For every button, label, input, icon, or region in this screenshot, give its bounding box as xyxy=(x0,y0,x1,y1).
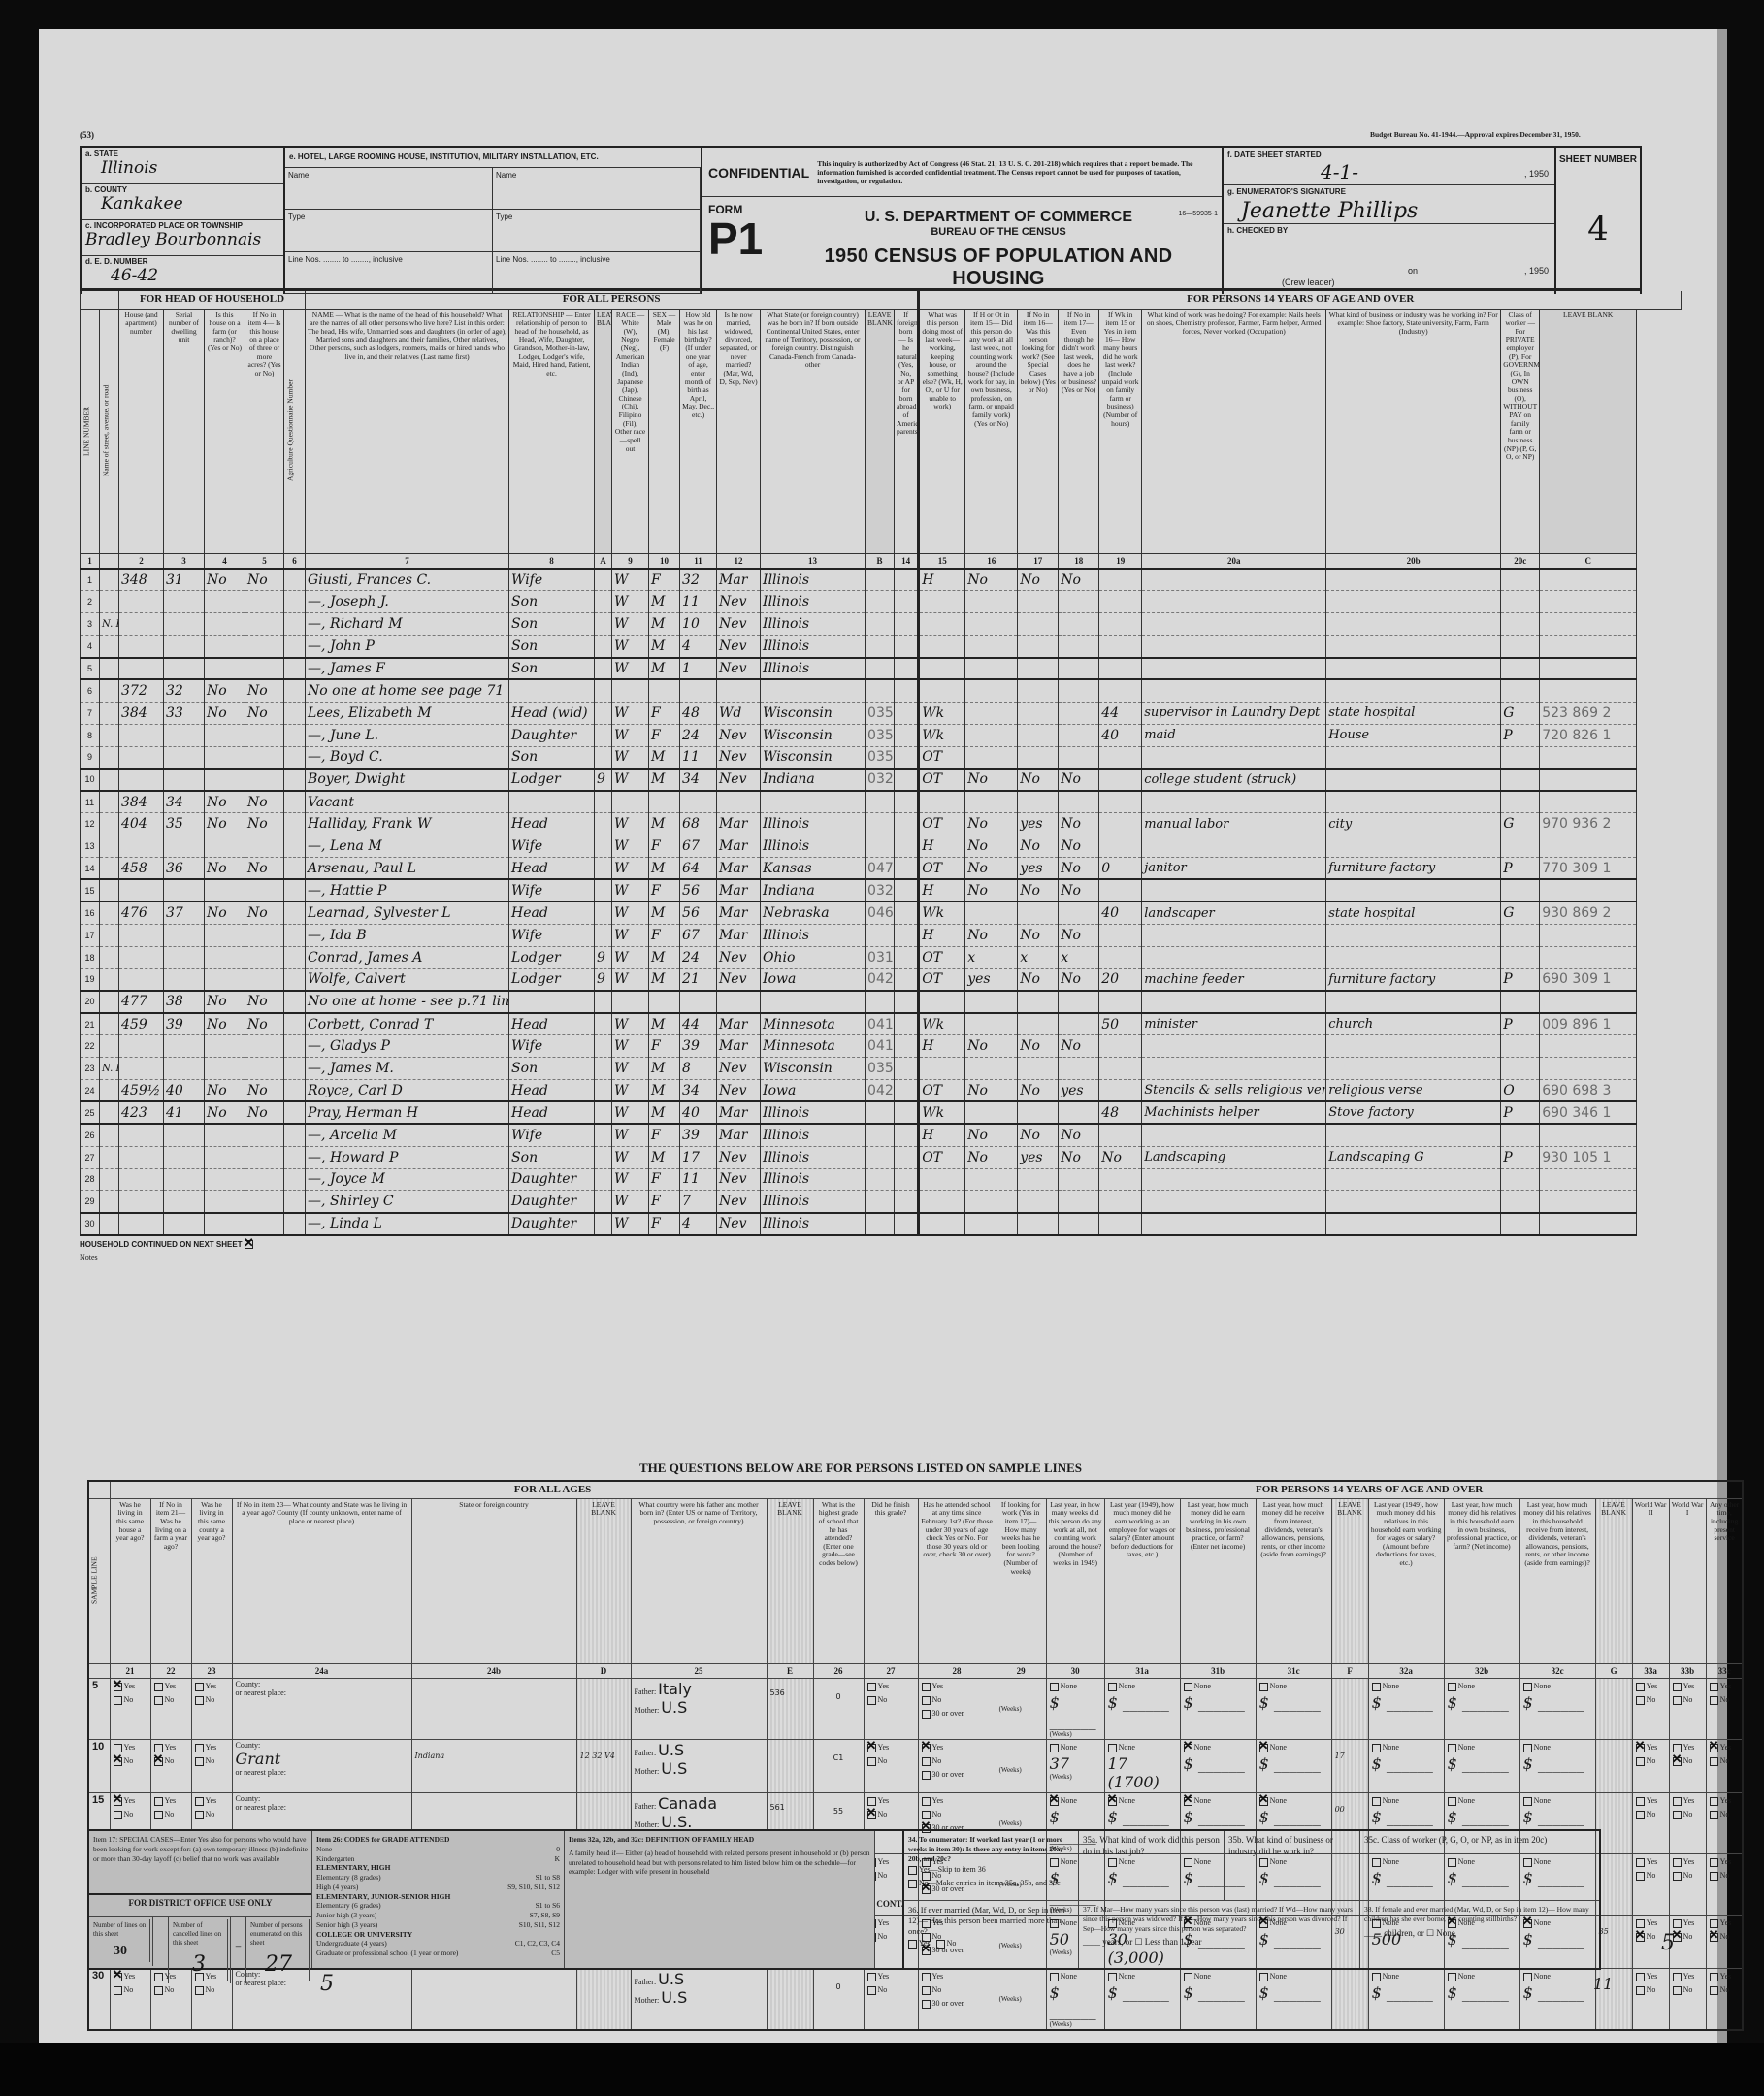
cell-ag[interactable] xyxy=(284,591,306,613)
cell-farm[interactable] xyxy=(205,946,245,968)
cell-race[interactable] xyxy=(612,791,649,813)
c30-value[interactable]: $ ______ xyxy=(1050,1983,1101,2020)
cell-serial[interactable]: 40 xyxy=(164,1079,205,1101)
cell-hours[interactable]: 0 xyxy=(1099,858,1142,880)
cell-age[interactable]: 34 xyxy=(680,1079,717,1101)
cell-nat[interactable] xyxy=(895,858,919,880)
c33b-ww1[interactable]: YesNo xyxy=(1669,1792,1706,1853)
cell-rel[interactable]: Son xyxy=(509,591,595,613)
cell-job[interactable] xyxy=(1059,1168,1099,1191)
cell-act[interactable]: OT xyxy=(919,858,965,880)
cell-ag[interactable] xyxy=(284,901,306,924)
cell-age[interactable]: 32 xyxy=(680,569,717,591)
cell-ind[interactable]: city xyxy=(1326,813,1501,835)
cell-nat[interactable] xyxy=(895,813,919,835)
cell-job[interactable] xyxy=(1059,702,1099,724)
c31c-value[interactable]: $ ______ xyxy=(1259,1808,1328,1826)
c31b-none-checkbox[interactable] xyxy=(1184,1797,1192,1806)
cell-age[interactable]: 4 xyxy=(680,1213,717,1235)
c31b-value[interactable]: $ ______ xyxy=(1184,1983,1253,2002)
c31a-wages[interactable]: None17 (1700) xyxy=(1104,1739,1180,1792)
cell-act[interactable] xyxy=(919,591,965,613)
cell-farm[interactable]: No xyxy=(205,1013,245,1035)
cell-name[interactable]: Conrad, James A xyxy=(306,946,509,968)
cell-street[interactable] xyxy=(100,1013,119,1035)
c32a-value[interactable]: $ ______ xyxy=(1372,1754,1441,1773)
cell-job[interactable] xyxy=(1059,591,1099,613)
cell-birth[interactable]: Illinois xyxy=(761,813,866,835)
cell-look[interactable] xyxy=(1018,901,1059,924)
cell-serial[interactable]: 41 xyxy=(164,1101,205,1124)
cell-acres[interactable] xyxy=(245,1213,284,1235)
c27-no-checkbox[interactable] xyxy=(867,1811,876,1819)
cell-ag[interactable] xyxy=(284,858,306,880)
c31a-none-checkbox[interactable] xyxy=(1108,1683,1117,1691)
cell-street[interactable] xyxy=(100,1124,119,1146)
cell-age[interactable]: 11 xyxy=(680,591,717,613)
cell-job[interactable] xyxy=(1059,791,1099,813)
c28-option-3-checkbox[interactable] xyxy=(922,2000,931,2009)
cell-name[interactable]: —, Joseph J. xyxy=(306,591,509,613)
cell-age[interactable]: 40 xyxy=(680,1101,717,1124)
cell-ind[interactable] xyxy=(1326,746,1501,769)
c33c-other-service[interactable]: YesNo xyxy=(1706,1915,1743,1968)
cell-ind[interactable] xyxy=(1326,791,1501,813)
cell-acres[interactable]: No xyxy=(245,679,284,702)
c22-yes-checkbox[interactable] xyxy=(154,1683,163,1691)
cell-act[interactable]: Wk xyxy=(919,724,965,746)
cell-race[interactable]: W xyxy=(612,591,649,613)
c24a-county[interactable]: County:Grantor nearest place: xyxy=(232,1739,411,1792)
c31a-value[interactable]: $ ______ xyxy=(1108,1808,1177,1826)
cell-mar[interactable]: Mar xyxy=(717,1013,761,1035)
cell-A[interactable] xyxy=(595,1079,612,1101)
cell-rel[interactable]: Son xyxy=(509,746,595,769)
cell-mar[interactable]: Nev xyxy=(717,1146,761,1168)
cell-ind[interactable]: Landscaping G xyxy=(1326,1146,1501,1168)
cell-serial[interactable] xyxy=(164,746,205,769)
cell-look[interactable]: No xyxy=(1018,1079,1059,1101)
c33a-no-checkbox[interactable] xyxy=(1636,1933,1645,1942)
cell-C[interactable]: 770 309 1 xyxy=(1540,858,1637,880)
c31a-wages[interactable]: None$ ______ xyxy=(1104,1968,1180,2030)
cell-ag[interactable] xyxy=(284,1101,306,1124)
c28-option-2-checkbox[interactable] xyxy=(922,1986,931,1995)
cell-work[interactable]: No xyxy=(965,835,1018,858)
cell-birth[interactable]: Illinois xyxy=(761,1146,866,1168)
cell-race[interactable]: W xyxy=(612,636,649,658)
c32b-none-checkbox[interactable] xyxy=(1448,1744,1456,1752)
cell-ag[interactable] xyxy=(284,658,306,680)
cell-C[interactable] xyxy=(1540,636,1637,658)
c33a-ww2[interactable]: YesNo xyxy=(1632,1853,1669,1915)
c32a-none-checkbox[interactable] xyxy=(1372,1744,1381,1752)
c31b-none-checkbox[interactable] xyxy=(1184,1973,1192,1981)
c23-no-checkbox[interactable] xyxy=(195,1757,204,1766)
c33b-no-checkbox[interactable] xyxy=(1673,1872,1682,1881)
cell-serial[interactable]: 37 xyxy=(164,901,205,924)
cell-act[interactable]: H xyxy=(919,1035,965,1058)
c27-finished[interactable]: YesNo xyxy=(864,1678,918,1739)
cell-nat[interactable] xyxy=(895,1035,919,1058)
cell-ag[interactable] xyxy=(284,991,306,1013)
cell-A[interactable] xyxy=(595,591,612,613)
cell-nat[interactable] xyxy=(895,991,919,1013)
cell-job[interactable] xyxy=(1059,1101,1099,1124)
cell-name[interactable]: Arsenau, Paul L xyxy=(306,858,509,880)
cell-name[interactable]: —, James M. xyxy=(306,1058,509,1080)
cell-birth[interactable]: Kansas xyxy=(761,858,866,880)
c33b-ww1[interactable]: YesNo xyxy=(1669,1678,1706,1739)
cell-cls[interactable] xyxy=(1501,946,1540,968)
cell-serial[interactable] xyxy=(164,879,205,901)
county-value[interactable]: Grant xyxy=(236,1750,281,1768)
cell-acres[interactable]: No xyxy=(245,569,284,591)
cell-C[interactable]: 009 896 1 xyxy=(1540,1013,1637,1035)
c29-weeks-looking[interactable]: (Weeks) xyxy=(996,1739,1046,1792)
cell-farm[interactable]: No xyxy=(205,901,245,924)
cell-ag[interactable] xyxy=(284,791,306,813)
cell-house[interactable] xyxy=(119,591,164,613)
c31a-none-checkbox[interactable] xyxy=(1108,1797,1117,1806)
c28-option-2-checkbox[interactable] xyxy=(922,1757,931,1766)
cell-B[interactable]: 042 xyxy=(866,1079,895,1101)
cell-ind[interactable] xyxy=(1326,1191,1501,1213)
cell-look[interactable]: yes xyxy=(1018,813,1059,835)
cell-act[interactable]: Wk xyxy=(919,702,965,724)
cell-occ[interactable] xyxy=(1142,746,1326,769)
cell-C[interactable] xyxy=(1540,1168,1637,1191)
cell-B[interactable] xyxy=(866,658,895,680)
cell-serial[interactable] xyxy=(164,1058,205,1080)
cell-name[interactable]: —, Shirley C xyxy=(306,1191,509,1213)
cell-act[interactable]: H xyxy=(919,879,965,901)
cell-hours[interactable]: 44 xyxy=(1099,702,1142,724)
cell-street[interactable] xyxy=(100,879,119,901)
cell-birth[interactable]: Illinois xyxy=(761,835,866,858)
cell-ag[interactable] xyxy=(284,702,306,724)
c32a-value[interactable]: $ ______ xyxy=(1372,1808,1441,1826)
cell-race[interactable]: W xyxy=(612,702,649,724)
cell-ag[interactable] xyxy=(284,879,306,901)
c31a-none-checkbox[interactable] xyxy=(1108,1973,1117,1981)
cell-rel[interactable]: Head xyxy=(509,813,595,835)
cell-A[interactable] xyxy=(595,858,612,880)
cell-sex[interactable] xyxy=(649,679,680,702)
cell-birth[interactable]: Ohio xyxy=(761,946,866,968)
cell-job[interactable] xyxy=(1059,658,1099,680)
cell-job[interactable]: No xyxy=(1059,879,1099,901)
c33c-other-service[interactable]: YesNo xyxy=(1706,1739,1743,1792)
cell-name[interactable]: —, Hattie P xyxy=(306,879,509,901)
c28-option-2-checkbox[interactable] xyxy=(922,1696,931,1705)
c31b-business[interactable]: None$ ______ xyxy=(1180,1968,1256,2030)
cell-street[interactable] xyxy=(100,991,119,1013)
c31b-value[interactable]: $ ______ xyxy=(1184,1693,1253,1712)
cell-A[interactable] xyxy=(595,879,612,901)
cell-cls[interactable] xyxy=(1501,1035,1540,1058)
c33c-yes-checkbox[interactable] xyxy=(1710,1973,1718,1981)
c33c-no-checkbox[interactable] xyxy=(1710,1696,1718,1705)
c30-value[interactable]: $ ______ xyxy=(1050,1693,1101,1730)
cell-act[interactable] xyxy=(919,1213,965,1235)
cell-house[interactable] xyxy=(119,879,164,901)
c33b-ww1[interactable]: YesNo xyxy=(1669,1853,1706,1915)
c31b-value[interactable]: $ ______ xyxy=(1184,1754,1253,1773)
c31b-value[interactable]: $ ______ xyxy=(1184,1808,1253,1826)
cell-hours[interactable]: 50 xyxy=(1099,1013,1142,1035)
cell-hours[interactable] xyxy=(1099,879,1142,901)
c23-yes-checkbox[interactable] xyxy=(195,1797,204,1806)
cell-acres[interactable] xyxy=(245,769,284,791)
cell-rel[interactable]: Son xyxy=(509,658,595,680)
cell-mar[interactable] xyxy=(717,679,761,702)
cell-look[interactable]: No xyxy=(1018,879,1059,901)
cell-serial[interactable] xyxy=(164,636,205,658)
cell-look[interactable] xyxy=(1018,1013,1059,1035)
c30-none-checkbox[interactable] xyxy=(1050,1744,1059,1752)
cell-B[interactable] xyxy=(866,791,895,813)
cell-farm[interactable] xyxy=(205,591,245,613)
cell-age[interactable]: 11 xyxy=(680,1168,717,1191)
cell-cls[interactable] xyxy=(1501,835,1540,858)
cell-work[interactable]: No xyxy=(965,569,1018,591)
cell-hours[interactable] xyxy=(1099,1035,1142,1058)
cell-work[interactable]: No xyxy=(965,858,1018,880)
cell-act[interactable]: H xyxy=(919,924,965,946)
leave-blank-F[interactable] xyxy=(1331,1678,1368,1739)
c25-parents-birthplace[interactable]: Father: ItalyMother: U.S xyxy=(631,1678,767,1739)
cell-ag[interactable] xyxy=(284,924,306,946)
cell-look[interactable] xyxy=(1018,1213,1059,1235)
cell-ag[interactable] xyxy=(284,1058,306,1080)
cell-farm[interactable] xyxy=(205,636,245,658)
cell-B[interactable] xyxy=(866,1191,895,1213)
cell-nat[interactable] xyxy=(895,1146,919,1168)
c32a-relatives-wages[interactable]: None$ ______ xyxy=(1368,1968,1444,2030)
cell-sex[interactable]: F xyxy=(649,1191,680,1213)
cell-serial[interactable] xyxy=(164,1168,205,1191)
cell-age[interactable]: 56 xyxy=(680,901,717,924)
cell-work[interactable] xyxy=(965,613,1018,636)
cell-rel[interactable]: Head xyxy=(509,858,595,880)
c24b-state[interactable] xyxy=(411,1678,576,1739)
cell-hours[interactable] xyxy=(1099,991,1142,1013)
cell-C[interactable]: 930 105 1 xyxy=(1540,1146,1637,1168)
cell-ind[interactable] xyxy=(1326,1213,1501,1235)
cell-age[interactable]: 39 xyxy=(680,1124,717,1146)
cell-act[interactable]: Wk xyxy=(919,1101,965,1124)
cell-name[interactable]: —, John P xyxy=(306,636,509,658)
cell-A[interactable] xyxy=(595,1146,612,1168)
cell-job[interactable]: No xyxy=(1059,1035,1099,1058)
cell-C[interactable]: 970 936 2 xyxy=(1540,813,1637,835)
cell-farm[interactable] xyxy=(205,613,245,636)
c33a-ww2[interactable]: YesNo xyxy=(1632,1739,1669,1792)
cell-farm[interactable] xyxy=(205,1124,245,1146)
cell-age[interactable] xyxy=(680,991,717,1013)
cell-acres[interactable]: No xyxy=(245,901,284,924)
cell-race[interactable]: W xyxy=(612,1101,649,1124)
cell-acres[interactable] xyxy=(245,1124,284,1146)
cell-age[interactable] xyxy=(680,791,717,813)
cell-look[interactable] xyxy=(1018,702,1059,724)
cell-nat[interactable] xyxy=(895,924,919,946)
cell-acres[interactable] xyxy=(245,746,284,769)
cell-work[interactable] xyxy=(965,791,1018,813)
cell-acres[interactable] xyxy=(245,1058,284,1080)
cell-farm[interactable] xyxy=(205,1191,245,1213)
cell-B[interactable] xyxy=(866,1213,895,1235)
c33a-no-checkbox[interactable] xyxy=(1636,1696,1645,1705)
c32b-value[interactable]: $ ______ xyxy=(1448,1808,1517,1826)
cell-serial[interactable]: 38 xyxy=(164,991,205,1013)
cell-birth[interactable]: Illinois xyxy=(761,591,866,613)
cell-A[interactable] xyxy=(595,1035,612,1058)
c32c-none-checkbox[interactable] xyxy=(1523,1744,1532,1752)
c32b-none-checkbox[interactable] xyxy=(1448,1683,1456,1691)
c26-grade[interactable]: 0 xyxy=(813,1968,864,2030)
c22-no-checkbox[interactable] xyxy=(154,1986,163,1995)
cell-hours[interactable] xyxy=(1099,946,1142,968)
cell-farm[interactable] xyxy=(205,924,245,946)
cell-sex[interactable]: M xyxy=(649,1101,680,1124)
c31a-none-checkbox[interactable] xyxy=(1108,1744,1117,1752)
c33b-yes-checkbox[interactable] xyxy=(1673,1858,1682,1867)
cell-work[interactable]: No xyxy=(965,769,1018,791)
cell-B[interactable] xyxy=(866,1168,895,1191)
c23-yes-checkbox[interactable] xyxy=(195,1683,204,1691)
cell-nat[interactable] xyxy=(895,835,919,858)
cell-age[interactable] xyxy=(680,679,717,702)
c31b-business[interactable]: None$ ______ xyxy=(1180,1739,1256,1792)
cell-look[interactable] xyxy=(1018,991,1059,1013)
cell-job[interactable]: No xyxy=(1059,769,1099,791)
cell-rel[interactable]: Wife xyxy=(509,924,595,946)
cell-sex[interactable]: M xyxy=(649,636,680,658)
cell-serial[interactable] xyxy=(164,968,205,991)
c30-weeks-worked[interactable]: None$ ______(Weeks) xyxy=(1046,1678,1104,1739)
c25-parents-birthplace[interactable]: Father: U.SMother: U.S xyxy=(631,1968,767,2030)
c33a-no-checkbox[interactable] xyxy=(1636,1811,1645,1819)
cell-C[interactable] xyxy=(1540,991,1637,1013)
leave-blank-F[interactable]: 17 xyxy=(1331,1739,1368,1792)
cell-house[interactable]: 459½ xyxy=(119,1079,164,1101)
c32b-relatives-business[interactable]: None$ ______ xyxy=(1444,1739,1519,1792)
cell-rel[interactable]: Daughter xyxy=(509,1213,595,1235)
cell-ind[interactable]: church xyxy=(1326,1013,1501,1035)
cell-street[interactable] xyxy=(100,1079,119,1101)
c32b-value[interactable]: $ ______ xyxy=(1448,1983,1517,2002)
cell-A[interactable] xyxy=(595,924,612,946)
cell-acres[interactable]: No xyxy=(245,858,284,880)
cell-rel[interactable]: Wife xyxy=(509,1124,595,1146)
cell-sex[interactable]: F xyxy=(649,1124,680,1146)
c32c-relatives-other[interactable]: None$ ______ xyxy=(1519,1968,1595,2030)
cell-act[interactable] xyxy=(919,1168,965,1191)
cell-birth[interactable]: Illinois xyxy=(761,636,866,658)
cell-nat[interactable] xyxy=(895,901,919,924)
cell-ag[interactable] xyxy=(284,1079,306,1101)
cell-C[interactable] xyxy=(1540,569,1637,591)
cell-house[interactable] xyxy=(119,724,164,746)
cell-occ[interactable]: landscaper xyxy=(1142,901,1326,924)
cell-street[interactable] xyxy=(100,769,119,791)
cell-A[interactable] xyxy=(595,569,612,591)
cell-street[interactable] xyxy=(100,858,119,880)
cell-mar[interactable]: Mar xyxy=(717,1124,761,1146)
c33a-yes-checkbox[interactable] xyxy=(1636,1683,1645,1691)
cell-C[interactable] xyxy=(1540,658,1637,680)
cell-occ[interactable]: Landscaping xyxy=(1142,1146,1326,1168)
c32c-relatives-other[interactable]: None$ ______ xyxy=(1519,1678,1595,1739)
cell-age[interactable]: 64 xyxy=(680,858,717,880)
cell-sex[interactable]: M xyxy=(649,591,680,613)
cell-look[interactable] xyxy=(1018,1191,1059,1213)
cell-sex[interactable]: M xyxy=(649,746,680,769)
cell-mar[interactable]: Mar xyxy=(717,1035,761,1058)
cell-birth[interactable] xyxy=(761,991,866,1013)
cell-rel[interactable]: Daughter xyxy=(509,1191,595,1213)
cell-work[interactable] xyxy=(965,591,1018,613)
cell-mar[interactable]: Nev xyxy=(717,1168,761,1191)
cell-B[interactable] xyxy=(866,1101,895,1124)
c28-attended[interactable]: YesNo30 or over xyxy=(918,1968,996,2030)
cell-race[interactable]: W xyxy=(612,968,649,991)
cell-sex[interactable]: F xyxy=(649,835,680,858)
cell-mar[interactable]: Nev xyxy=(717,1191,761,1213)
c33c-yes-checkbox[interactable] xyxy=(1710,1744,1718,1752)
c33c-no-checkbox[interactable] xyxy=(1710,1757,1718,1766)
cell-job[interactable] xyxy=(1059,679,1099,702)
cell-act[interactable]: H xyxy=(919,835,965,858)
cell-look[interactable]: No xyxy=(1018,1035,1059,1058)
cell-A[interactable] xyxy=(595,1168,612,1191)
cell-serial[interactable] xyxy=(164,591,205,613)
cell-serial[interactable]: 32 xyxy=(164,679,205,702)
cell-street[interactable]: N. Roper xyxy=(100,613,119,636)
cell-age[interactable]: 21 xyxy=(680,968,717,991)
cell-occ[interactable] xyxy=(1142,1213,1326,1235)
cell-acres[interactable]: No xyxy=(245,1101,284,1124)
cell-house[interactable]: 477 xyxy=(119,991,164,1013)
cell-A[interactable] xyxy=(595,724,612,746)
cell-name[interactable]: Pray, Herman H xyxy=(306,1101,509,1124)
cell-serial[interactable]: 39 xyxy=(164,1013,205,1035)
cell-occ[interactable] xyxy=(1142,636,1326,658)
c33b-ww1[interactable]: YesNo xyxy=(1669,1968,1706,2030)
c31c-other[interactable]: None$ ______ xyxy=(1256,1968,1331,2030)
c23-yes-checkbox[interactable] xyxy=(195,1744,204,1752)
cell-hours[interactable]: No xyxy=(1099,1146,1142,1168)
c32a-value[interactable]: $ ______ xyxy=(1372,1983,1441,2002)
leave-blank-D[interactable]: 12 32 V4 xyxy=(576,1739,631,1792)
cell-B[interactable]: 035 xyxy=(866,724,895,746)
c32c-relatives-other[interactable]: None$ ______ xyxy=(1519,1739,1595,1792)
c28-option-1-checkbox[interactable] xyxy=(922,1973,931,1981)
cell-farm[interactable]: No xyxy=(205,1101,245,1124)
cell-ind[interactable] xyxy=(1326,569,1501,591)
cell-street[interactable] xyxy=(100,636,119,658)
cell-birth[interactable]: Illinois xyxy=(761,613,866,636)
father-birthplace[interactable]: Canada xyxy=(658,1794,717,1813)
cell-look[interactable] xyxy=(1018,791,1059,813)
leave-blank-E[interactable]: 536 xyxy=(767,1678,813,1739)
cell-birth[interactable]: Illinois xyxy=(761,1191,866,1213)
cell-look[interactable]: No xyxy=(1018,835,1059,858)
cell-work[interactable] xyxy=(965,1191,1018,1213)
cell-look[interactable]: No xyxy=(1018,769,1059,791)
